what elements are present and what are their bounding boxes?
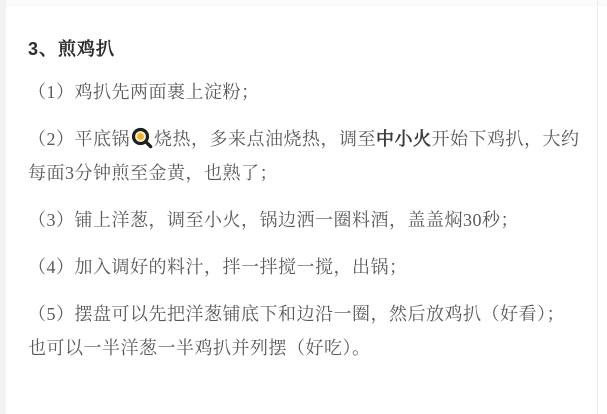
frying-pan-icon — [131, 127, 153, 149]
page-right-edge — [597, 0, 598, 414]
recipe-content: 3、煎鸡扒 （1）鸡扒先两面裹上淀粉； （2）平底锅 烧热，多来点油烧热，调至中… — [28, 0, 580, 378]
step-2-text-before-icon: （2）平底锅 — [28, 129, 130, 149]
recipe-step-1: （1）鸡扒先两面裹上淀粉； — [28, 75, 580, 109]
recipe-step-4: （4）加入调好的料汁，拌一拌搅一搅，出锅； — [28, 250, 580, 284]
recipe-step-3: （3）铺上洋葱，调至小火，锅边洒一圈料酒，盖盖焖30秒； — [28, 203, 580, 237]
recipe-section-title: 3、煎鸡扒 — [28, 36, 580, 62]
page-left-edge — [0, 0, 6, 414]
step-2-text-after-icon: 烧热，多来点油烧热，调至 — [154, 129, 376, 149]
recipe-step-5: （5）摆盘可以先把洋葱铺底下和边沿一圈，然后放鸡扒（好看）；也可以一半洋葱一半鸡… — [28, 297, 580, 365]
step-2-heat-emphasis: 中小火 — [376, 129, 432, 149]
recipe-page: { "recipe": { "heading": "3、煎鸡扒", "steps… — [0, 0, 607, 414]
recipe-step-2: （2）平底锅 烧热，多来点油烧热，调至中小火开始下鸡扒，大约每面3分钟煎至金黄，… — [28, 122, 580, 190]
